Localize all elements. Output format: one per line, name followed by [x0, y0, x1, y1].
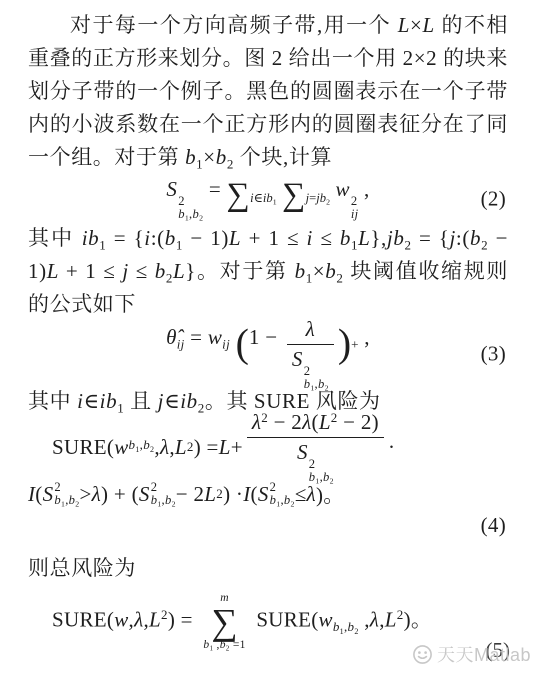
equation-3-number: (3) — [481, 342, 506, 367]
watermark: 天天Matlab — [412, 641, 531, 667]
equation-3-body: θ̂ij = wij (1 − λS2b1,b2)+ , — [166, 317, 370, 391]
watermark-text: 天天Matlab — [437, 641, 531, 667]
paragraph-intro: 对于每一个方向高频子带,用一个 L×L 的不相重叠的正方形来划分。图 2 给出一… — [28, 9, 508, 174]
paragraph-block-definition: 其中 ib1 = {i:(b1 − 1)L + 1 ≤ i ≤ b1L},jb2… — [28, 222, 508, 321]
equation-4-line2: I(S2b1,b2 > λ) + (S2b1,b2 − 2L2) · I(S2b… — [28, 476, 508, 512]
equation-2: S2b1,b2 = ∑i∈ib1 ∑j=jb2 w2ij , (2) — [28, 176, 508, 222]
equation-2-body: S2b1,b2 = ∑i∈ib1 ∑j=jb2 w2ij , — [166, 177, 369, 221]
equation-3: θ̂ij = wij (1 − λS2b1,b2)+ , (3) — [28, 323, 508, 385]
equation-4-number: (4) — [28, 512, 508, 538]
paragraph-total-risk: 则总风险为 — [28, 552, 508, 585]
equation-5-body: SURE(w,λ,L2) = m∑b1 ,b2 =1 SURE(wb1,b2 ,… — [52, 592, 432, 651]
document-page: 对于每一个方向高频子带,用一个 L×L 的不相重叠的正方形来划分。图 2 给出一… — [0, 0, 536, 681]
watermark-smiley-logo-icon — [412, 644, 433, 665]
equation-4-line1: SURE(wb1,b2 ,λ,L2) = L + λ2 − 2λ(L2 − 2)… — [28, 418, 508, 476]
equation-2-number: (2) — [481, 187, 506, 212]
equation-4: SURE(wb1,b2 ,λ,L2) = L + λ2 − 2λ(L2 − 2)… — [28, 418, 508, 538]
